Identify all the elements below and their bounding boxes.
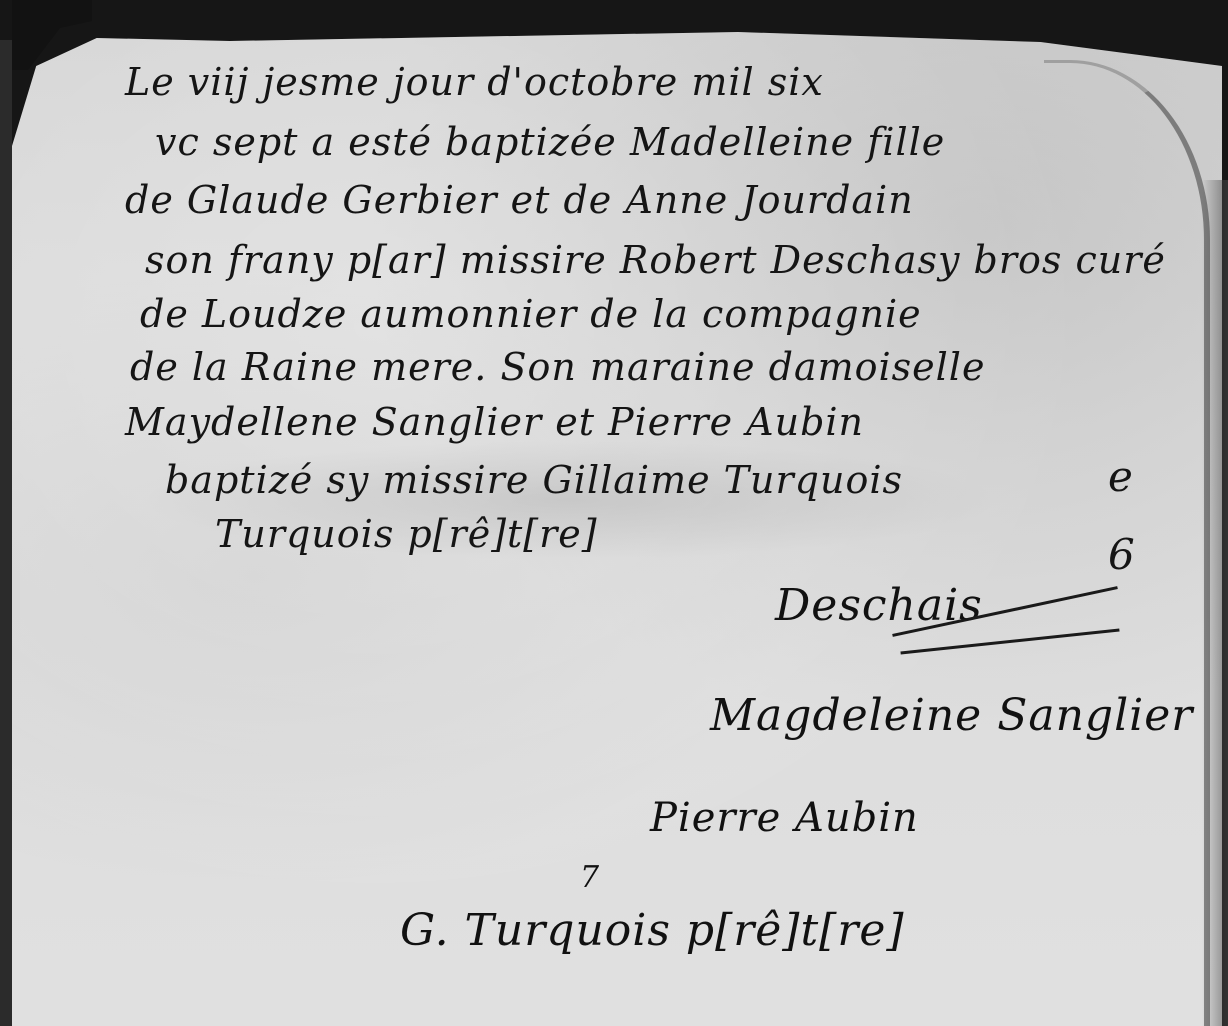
record-line-2: vc sept a esté baptizée Madelleine fille [155,120,945,164]
margin-mark-e: e [1108,452,1134,501]
signature-magdeleine-sanglier: Magdeleine Sanglier [710,690,1193,741]
signature-turquois: G. Turquois p[rê]t[re] [400,905,905,956]
record-line-9: Turquois p[rê]t[re] [215,512,598,556]
record-line-5: de Loudze aumonnier de la compagnie [140,292,922,336]
signature-superscript: 7 [580,860,600,895]
register-page [12,26,1222,1026]
scanned-page-frame: Le viij jesme jour d'octobre mil six vc … [0,0,1228,1026]
signature-pierre-aubin: Pierre Aubin [650,795,919,841]
record-line-4: son frany p[ar] missire Robert Deschasy … [145,238,1166,282]
binding-edge [0,40,12,1026]
record-line-1: Le viij jesme jour d'octobre mil six [125,60,824,104]
signature-deschais: Deschais [775,580,983,631]
record-line-8: baptizé sy missire Gillaime Turquois [165,458,903,502]
page-edge-shadow [1202,180,1228,1026]
record-line-3: de Glaude Gerbier et de Anne Jourdain [125,178,914,222]
margin-mark-6: 6 [1108,530,1136,579]
record-line-7: Maydellene Sanglier et Pierre Aubin [125,400,864,444]
record-line-6: de la Raine mere. Son maraine damoiselle [130,345,985,389]
